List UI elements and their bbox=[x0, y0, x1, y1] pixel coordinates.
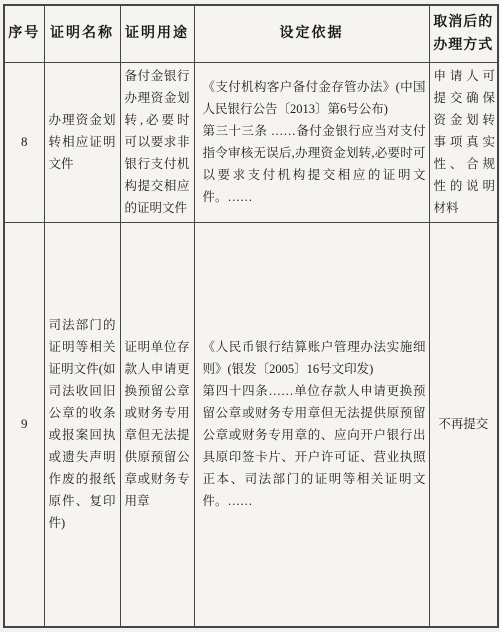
certificate-name-9: 司法部门的证明等相关证明文件(如司法收回旧公章的收条或报案回执或遗失声明作废的报… bbox=[44, 222, 120, 627]
post-cancellation-method-9: 不再提交 bbox=[429, 222, 498, 627]
header-certificate-name: 证明名称 bbox=[44, 5, 120, 62]
post-cancellation-method-8: 申请人可提交确保资金划转事项真实性、合规性的说明材料 bbox=[429, 62, 498, 222]
basis-document-title-8: 《支付机构客户备付金存管办法》(中国人民银行公告〔2013〕第6号公布) bbox=[203, 76, 426, 120]
table-row-9: 9 司法部门的证明等相关证明文件(如司法收回旧公章的收条或报案回执或遗失声明作废… bbox=[4, 222, 498, 627]
certificate-purpose-9: 证明单位存款人申请更换预留公章或财务专用章但无法提供原预留公章或财务专用章 bbox=[120, 222, 194, 627]
serial-number-8: 8 bbox=[4, 62, 44, 222]
header-setting-basis: 设定依据 bbox=[194, 5, 429, 62]
basis-article-text-9: 第四十四条……单位存款人申请更换预留公章或财务专用章但无法提供原预留公章或财务专… bbox=[203, 380, 426, 512]
certificate-name-8: 办理资金划转相应证明文件 bbox=[44, 62, 120, 222]
header-certificate-purpose: 证明用途 bbox=[120, 5, 194, 62]
document-page: 序号 证明名称 证明用途 设定依据 取消后的 办理方式 8 办理资金划转相应证明… bbox=[0, 0, 500, 632]
serial-number-9: 9 bbox=[4, 222, 44, 627]
setting-basis-8: 《支付机构客户备付金存管办法》(中国人民银行公告〔2013〕第6号公布) 第三十… bbox=[194, 62, 429, 222]
setting-basis-9: 《人民币银行结算账户管理办法实施细则》(银发〔2005〕16号文印发) 第四十四… bbox=[194, 222, 429, 627]
table-header-row: 序号 证明名称 证明用途 设定依据 取消后的 办理方式 bbox=[4, 5, 498, 62]
header-serial-number: 序号 bbox=[4, 5, 44, 62]
cancelled-certificates-table: 序号 证明名称 证明用途 设定依据 取消后的 办理方式 8 办理资金划转相应证明… bbox=[3, 4, 499, 628]
table-row-8: 8 办理资金划转相应证明文件 备付金银行办理资金划转,必要时可以要求非银行支付机… bbox=[4, 62, 498, 222]
header-post-cancellation-method: 取消后的 办理方式 bbox=[429, 5, 498, 62]
basis-document-title-9: 《人民币银行结算账户管理办法实施细则》(银发〔2005〕16号文印发) bbox=[203, 336, 426, 380]
certificate-purpose-8: 备付金银行办理资金划转,必要时可以要求非银行支付机构提交相应的证明文件 bbox=[120, 62, 194, 222]
basis-article-text-8: 第三十三条 ……备付金银行应当对支付指令审核无误后,办理资金划转,必要时可以要求… bbox=[203, 120, 426, 208]
